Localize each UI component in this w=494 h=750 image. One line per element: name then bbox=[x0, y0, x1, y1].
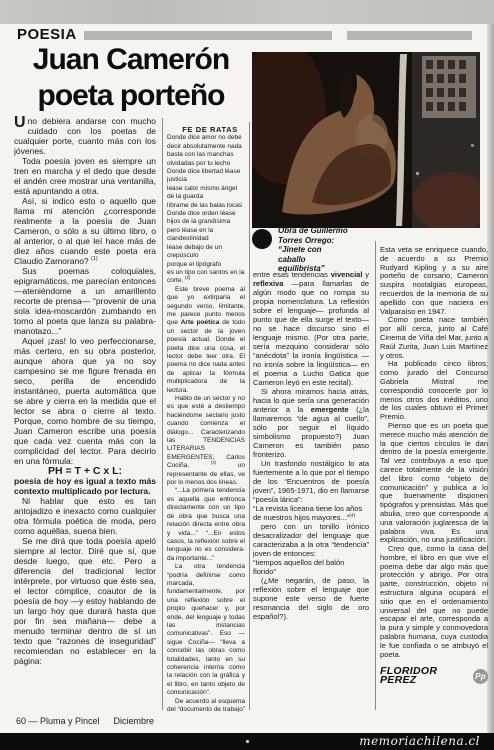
formula-explanation: poesía de hoy es igual a texto más conte… bbox=[14, 476, 156, 496]
paragraph: Un trasfondo nostálgico lo ata fuertemen… bbox=[253, 459, 369, 504]
header-rule-right bbox=[347, 31, 472, 40]
paragraph-text: no debiera andarse con mucho cuidado con… bbox=[14, 116, 156, 156]
title-line-2: poeta porteño bbox=[38, 79, 225, 112]
poem: Donde dice amor no debe decir absolutame… bbox=[167, 134, 245, 285]
paragraph: De acuerdo al esquema del “documento de … bbox=[167, 698, 245, 712]
column-divider-2 bbox=[249, 122, 250, 710]
paragraph: Pienso que es un poeta que merece mucho … bbox=[380, 422, 488, 545]
paragraph: Ha publicado cinco libros; como jurado d… bbox=[380, 360, 488, 422]
author-name: FLORIDOR PEREZ bbox=[380, 667, 469, 685]
paragraph: Uno debiera andarse con mucho cuidado co… bbox=[14, 116, 156, 156]
title-line-1: Juan Camerón bbox=[33, 43, 229, 76]
paragraph: Se me dirá que toda poesía apeló siempre… bbox=[14, 536, 156, 666]
paragraph: entre esas tendencias vivencial y reflex… bbox=[253, 270, 369, 387]
paragraph: Esta veta se enriquece cuando, de acuerd… bbox=[380, 246, 488, 316]
quoted-verse: “La revista liceana tiene los años de nu… bbox=[253, 504, 369, 522]
column-divider-1 bbox=[162, 118, 163, 710]
page-edge-shadow bbox=[487, 24, 494, 733]
quoted-verse: “tiempos aquellos del balón florido” bbox=[253, 558, 369, 576]
scan-top-band bbox=[0, 0, 494, 24]
column-2: FE DE RATAS Donde dice amor no debe deci… bbox=[167, 126, 245, 712]
paragraph: Aquel ¡zas! lo veo perfeccionarse, más c… bbox=[14, 336, 156, 466]
poem-title: FE DE RATAS bbox=[167, 126, 245, 134]
memoriachilena-watermark: memoriachilena.cl bbox=[359, 734, 480, 748]
issue-month: Diciembre bbox=[114, 716, 155, 726]
column-4: Esta veta se enriquece cuando, de acuerd… bbox=[380, 246, 488, 712]
paragraph: Hablo de un sector y no es que esté a de… bbox=[167, 395, 245, 487]
paragraph: pero con un tonillo irónico desacralizad… bbox=[253, 522, 369, 558]
paragraph: Si ahora miramos hacia atrás, hacia lo q… bbox=[253, 387, 369, 459]
formula: PH = T + C x L: bbox=[14, 466, 156, 476]
author-byline: FLORIDOR PEREZ Pp bbox=[380, 667, 488, 685]
watermark-dot-icon bbox=[246, 740, 249, 743]
paragraph: Así, si indico esto o aquello que llama … bbox=[14, 196, 156, 266]
caption-bullet-icon bbox=[252, 229, 272, 249]
column-divider-3 bbox=[375, 241, 376, 710]
header-rule-left bbox=[84, 31, 332, 40]
artwork-image bbox=[252, 52, 480, 228]
paragraph: Este breve poema al que yo extirparía el… bbox=[167, 286, 245, 395]
magazine-page: POESIA Juan Camerón poeta porteño Obra d bbox=[0, 0, 494, 750]
paragraph: Toda poesía joven es siempre un tren en … bbox=[14, 156, 156, 196]
section-label: POESIA bbox=[17, 26, 77, 43]
artwork-caption: Obra de Guillermo Torres Orrego: “Jinete… bbox=[278, 226, 383, 274]
column-3: entre esas tendencias vivencial y reflex… bbox=[253, 270, 369, 712]
page-number-and-magazine: 60 — Pluma y Pincel bbox=[16, 716, 100, 726]
paragraph: Creo que, como la casa del hombre, el li… bbox=[380, 545, 488, 659]
paragraph: (¿Me negarán, de paso, la reflexión sobr… bbox=[253, 576, 369, 621]
paragraph: Como poeta nace también por allí cerca, … bbox=[380, 316, 488, 360]
page-footer: 60 — Pluma y PincelDiciembre bbox=[16, 716, 154, 726]
paragraph: Ni hablar que esto es tan antojadizo e i… bbox=[14, 496, 156, 536]
paragraph: La otra tendencia “podría definirse como… bbox=[167, 563, 245, 698]
paragraph: “...La primera tendencia es aquella que … bbox=[167, 487, 245, 563]
magazine-logo-icon: Pp bbox=[473, 669, 488, 684]
drop-cap: U bbox=[14, 116, 26, 129]
column-1: Uno debiera andarse con mucho cuidado co… bbox=[14, 116, 156, 712]
page-title: Juan Camerón poeta porteño bbox=[10, 42, 252, 114]
paragraph: Sus poemas coloquiales, epigramáticos, m… bbox=[14, 266, 156, 336]
